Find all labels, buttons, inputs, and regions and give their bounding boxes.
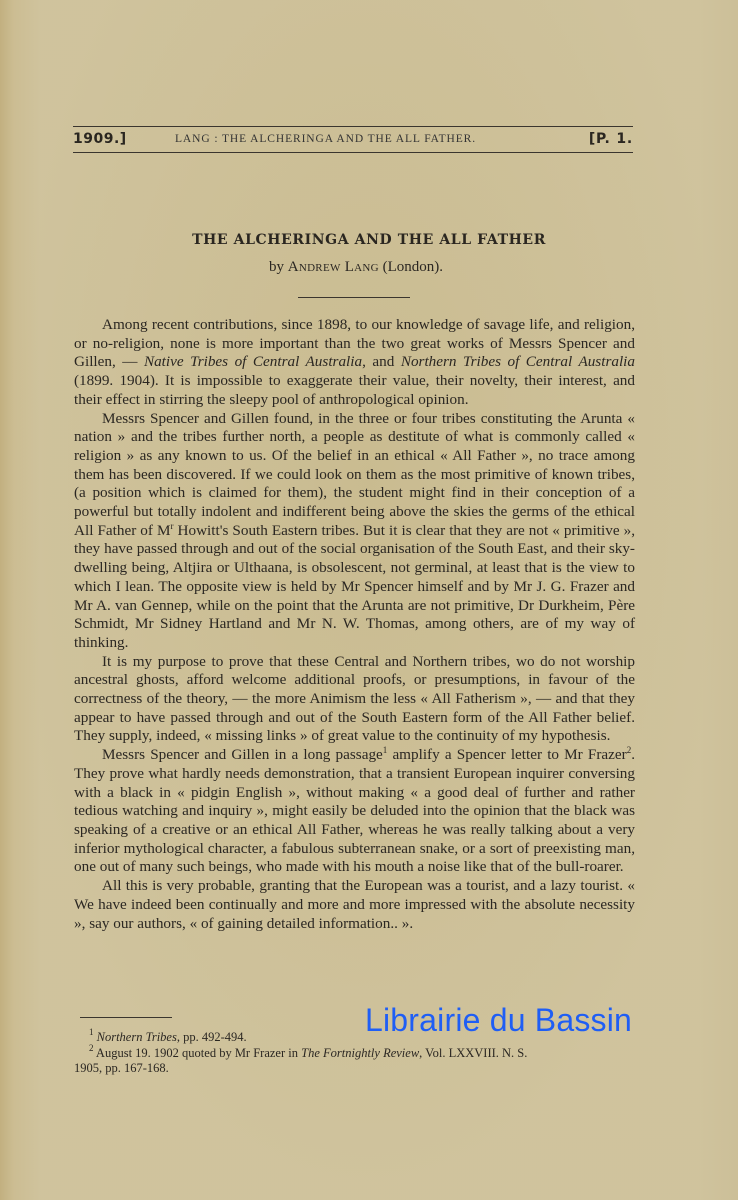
paragraph-1: Among recent contributions, since 1898, …	[74, 316, 635, 410]
watermark-text: Librairie du Bassin	[365, 1002, 632, 1039]
footnote-rule	[80, 1017, 172, 1018]
p4-text-b: amplify a Spencer letter to Mr Frazer	[387, 746, 626, 763]
footnote-2-lead: August 19. 1902 quoted by Mr Frazer in	[94, 1046, 302, 1060]
header-year: 1909.]	[73, 131, 127, 147]
p2-text-a: Messrs Spencer and Gillen found, in the …	[74, 410, 635, 539]
header-bottom-rule	[73, 152, 633, 153]
footnote-2: 2 August 19. 1902 quoted by Mr Frazer in…	[74, 1046, 674, 1062]
p4-text-c: . They prove what hardly needs demonstra…	[74, 746, 635, 875]
header-page-number: [P. 1.	[589, 131, 633, 147]
paragraph-4: Messrs Spencer and Gillen in a long pass…	[74, 746, 635, 877]
footnote-1-mark: 1	[89, 1027, 94, 1037]
article-title: THE ALCHERINGA AND THE ALL FATHER	[0, 232, 738, 248]
footnote-2-volume: , Vol. LXXVIII. N. S.	[419, 1046, 527, 1060]
header-top-rule	[73, 126, 633, 127]
footnote-2-title: The Fortnightly Review	[301, 1046, 419, 1060]
footnote-1-pages: , pp. 492-494.	[177, 1030, 247, 1044]
author-name: Andrew Lang	[288, 259, 379, 275]
byline: by Andrew Lang (London).	[0, 259, 712, 276]
p4-text-a: Messrs Spencer and Gillen in a long pass…	[102, 746, 383, 763]
title-separator-rule	[298, 297, 410, 298]
document-page: 1909.] LANG : THE ALCHERINGA AND THE ALL…	[0, 0, 738, 1200]
book-title-northern-tribes: Northern Tribes of Central Australia	[401, 353, 635, 370]
running-header: 1909.] LANG : THE ALCHERINGA AND THE ALL…	[73, 131, 633, 149]
byline-prefix: by	[269, 259, 288, 275]
paragraph-5: All this is very probable, granting that…	[74, 877, 635, 933]
byline-suffix: (London).	[379, 259, 443, 275]
paragraph-3: It is my purpose to prove that these Cen…	[74, 653, 635, 747]
p2-text-b: Howitt's South Eastern tribes. But it is…	[74, 522, 635, 651]
header-title: LANG : THE ALCHERINGA AND THE ALL FATHER…	[175, 133, 476, 145]
p1-text-e: (1899. 1904). It is impossible to exagge…	[74, 372, 635, 408]
footnote-2-continued: 1905, pp. 167-168.	[74, 1061, 674, 1077]
p1-text-c: , and	[362, 353, 401, 370]
footnote-1-title: Northern Tribes	[97, 1030, 177, 1044]
article-body: Among recent contributions, since 1898, …	[74, 316, 635, 933]
book-title-native-tribes: Native Tribes of Central Australia	[144, 353, 362, 370]
paragraph-2: Messrs Spencer and Gillen found, in the …	[74, 410, 635, 653]
